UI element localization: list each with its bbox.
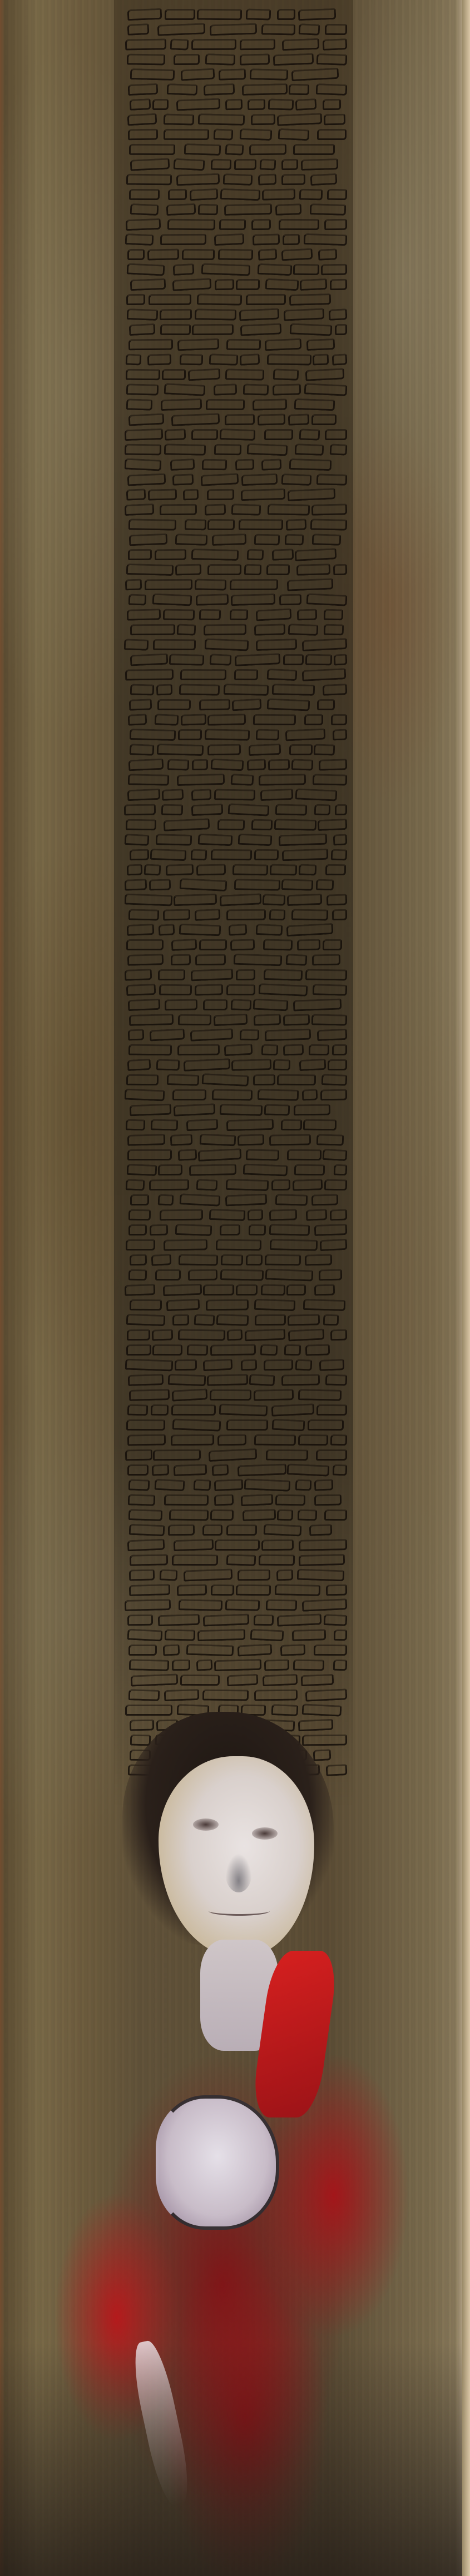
- script-word: [191, 39, 236, 50]
- script-word: [205, 53, 235, 66]
- script-line: [124, 1446, 345, 1461]
- script-word: [152, 1464, 170, 1476]
- script-word: [160, 309, 192, 320]
- script-word: [236, 1585, 271, 1596]
- script-word: [313, 984, 348, 996]
- script-word: [297, 1569, 345, 1582]
- script-word: [210, 23, 258, 36]
- script-word: [238, 519, 283, 531]
- script-line: [124, 741, 345, 755]
- script-word: [126, 1179, 145, 1190]
- script-word: [128, 1269, 147, 1281]
- script-word: [268, 504, 310, 516]
- script-word: [300, 158, 338, 171]
- script-word: [260, 789, 294, 801]
- script-word: [293, 998, 342, 1011]
- script-word: [211, 1585, 234, 1596]
- script-word: [242, 83, 288, 96]
- script-word: [286, 954, 308, 966]
- script-word: [214, 383, 237, 395]
- script-word: [311, 1194, 338, 1206]
- script-word: [236, 969, 255, 980]
- script-word: [127, 1628, 162, 1641]
- script-word: [125, 1088, 165, 1101]
- script-word: [127, 1404, 148, 1416]
- script-word: [164, 129, 209, 140]
- script-word: [207, 489, 235, 500]
- script-word: [124, 879, 147, 890]
- script-word: [199, 609, 221, 621]
- script-word: [333, 564, 348, 576]
- script-word: [147, 353, 171, 365]
- script-word: [194, 1479, 211, 1491]
- script-word: [125, 579, 141, 591]
- script-line: [124, 711, 345, 725]
- script-word: [167, 83, 198, 96]
- script-word: [128, 413, 165, 426]
- script-word: [150, 849, 186, 861]
- script-word: [249, 144, 286, 156]
- script-word: [247, 99, 265, 110]
- script-word: [303, 1119, 337, 1131]
- script-word: [317, 129, 347, 140]
- script-word: [291, 759, 314, 770]
- script-word: [165, 428, 186, 441]
- script-word: [152, 1329, 173, 1341]
- script-word: [125, 444, 162, 455]
- script-word: [247, 443, 288, 456]
- script-word: [297, 609, 318, 621]
- script-word: [324, 1509, 347, 1521]
- script-word: [217, 248, 253, 260]
- script-line: [124, 486, 345, 500]
- script-word: [313, 354, 329, 366]
- script-word: [225, 99, 243, 111]
- script-word: [260, 1284, 285, 1296]
- script-word: [227, 803, 269, 816]
- script-word: [310, 173, 338, 186]
- script-line: [124, 1551, 345, 1566]
- script-word: [298, 8, 337, 21]
- script-word: [316, 1404, 347, 1416]
- script-word: [234, 669, 258, 680]
- script-word: [261, 1539, 294, 1551]
- script-word: [326, 1585, 347, 1596]
- figure-hands-object: [156, 2095, 279, 2230]
- script-word: [127, 1029, 144, 1040]
- script-word: [156, 684, 172, 696]
- script-word: [235, 459, 254, 470]
- script-word: [232, 864, 268, 875]
- script-word: [245, 1149, 279, 1160]
- script-word: [324, 1179, 347, 1191]
- script-word: [155, 1269, 181, 1280]
- script-word: [151, 1119, 178, 1130]
- painting-canvas: [0, 0, 470, 2576]
- script-word: [214, 233, 245, 246]
- script-word: [324, 609, 343, 621]
- script-word: [268, 759, 290, 771]
- script-word: [291, 68, 339, 81]
- script-word: [230, 579, 278, 590]
- script-word: [218, 68, 246, 80]
- script-word: [226, 909, 266, 920]
- script-word: [330, 1329, 347, 1341]
- script-word: [283, 1044, 304, 1055]
- script-line: [124, 1266, 345, 1280]
- script-line: [124, 1206, 345, 1220]
- script-word: [264, 1104, 290, 1115]
- script-word: [130, 729, 176, 741]
- script-word: [258, 248, 277, 261]
- script-word: [160, 1209, 203, 1221]
- script-word: [130, 1673, 178, 1686]
- script-word: [315, 879, 334, 891]
- script-word: [179, 1599, 222, 1611]
- script-word: [129, 1014, 174, 1026]
- script-word: [126, 218, 161, 231]
- script-word: [147, 248, 179, 260]
- script-word: [314, 1479, 333, 1491]
- script-word: [194, 984, 222, 995]
- script-word: [176, 1584, 206, 1596]
- script-line: [124, 81, 345, 95]
- script-word: [263, 894, 286, 906]
- script-word: [237, 1463, 286, 1476]
- script-word: [326, 894, 347, 905]
- script-word: [240, 323, 281, 336]
- script-word: [152, 1344, 182, 1356]
- script-word: [268, 98, 293, 110]
- script-word: [172, 1089, 206, 1100]
- script-word: [316, 474, 347, 485]
- script-word: [239, 308, 279, 321]
- nose: [225, 1853, 252, 1892]
- script-word: [231, 594, 276, 606]
- script-word: [128, 759, 164, 771]
- script-word: [220, 188, 260, 201]
- script-word: [306, 593, 347, 606]
- script-word: [214, 1014, 248, 1027]
- script-word: [287, 1463, 330, 1476]
- script-word: [126, 1239, 155, 1250]
- script-word: [296, 564, 330, 576]
- script-word: [275, 1194, 308, 1206]
- script-word: [171, 1404, 216, 1416]
- script-line: [124, 1326, 345, 1341]
- script-word: [128, 1044, 172, 1056]
- script-word: [241, 1359, 257, 1371]
- script-line: [124, 1191, 345, 1205]
- script-word: [183, 1568, 232, 1581]
- script-word: [214, 128, 234, 140]
- script-word: [130, 684, 154, 695]
- script-word: [145, 579, 192, 591]
- script-word: [309, 1524, 332, 1536]
- script-word: [165, 9, 195, 20]
- script-word: [216, 1314, 248, 1326]
- script-word: [200, 1134, 236, 1147]
- script-word: [171, 413, 220, 426]
- script-word: [294, 444, 324, 456]
- script-word: [209, 1448, 258, 1462]
- script-word: [162, 909, 190, 920]
- script-line: [124, 201, 345, 215]
- script-word: [161, 789, 184, 801]
- script-word: [127, 308, 158, 321]
- script-line: [124, 591, 345, 605]
- script-word: [283, 234, 300, 245]
- script-line: [124, 891, 345, 905]
- script-word: [226, 1554, 256, 1566]
- script-word: [319, 759, 348, 771]
- script-word: [277, 1613, 322, 1626]
- script-line: [124, 51, 345, 65]
- script-word: [214, 789, 255, 800]
- script-word: [179, 924, 221, 936]
- script-word: [169, 654, 204, 666]
- script-word: [162, 369, 186, 380]
- script-word: [279, 594, 301, 606]
- script-word: [168, 189, 187, 200]
- script-word: [271, 1179, 290, 1190]
- script-word: [325, 1374, 347, 1386]
- script-line: [124, 336, 345, 350]
- script-word: [265, 338, 302, 351]
- script-word: [251, 114, 275, 126]
- script-word: [125, 969, 152, 981]
- script-word: [302, 1089, 318, 1101]
- script-word: [190, 1028, 234, 1042]
- script-word: [203, 999, 227, 1010]
- script-word: [125, 669, 174, 680]
- script-word: [310, 519, 348, 530]
- script-line: [124, 36, 345, 50]
- script-word: [225, 143, 244, 156]
- script-word: [261, 459, 281, 470]
- script-word: [289, 84, 310, 96]
- script-line: [124, 1566, 345, 1581]
- script-word: [157, 1614, 199, 1626]
- script-word: [275, 804, 307, 815]
- right-eye: [252, 1827, 278, 1840]
- script-word: [129, 189, 160, 200]
- script-word: [172, 474, 194, 485]
- script-word: [236, 1284, 258, 1296]
- script-word: [276, 1569, 293, 1581]
- script-word: [238, 1643, 273, 1656]
- script-word: [127, 1059, 151, 1071]
- script-line: [124, 501, 345, 515]
- script-word: [217, 819, 244, 831]
- script-word: [189, 1164, 236, 1176]
- script-line: [124, 981, 345, 995]
- script-word: [127, 1615, 153, 1626]
- script-word: [320, 1089, 347, 1101]
- script-word: [199, 699, 230, 711]
- script-word: [167, 219, 215, 231]
- script-word: [246, 549, 264, 560]
- script-word: [257, 263, 292, 276]
- script-word: [258, 173, 277, 185]
- script-line: [124, 1476, 345, 1491]
- script-word: [124, 804, 156, 816]
- script-word: [284, 1344, 301, 1356]
- script-line: [124, 1281, 345, 1296]
- script-word: [126, 864, 142, 876]
- script-word: [324, 1614, 348, 1626]
- script-word: [299, 864, 316, 875]
- script-line: [124, 561, 345, 575]
- script-word: [330, 1434, 347, 1446]
- script-word: [126, 1119, 146, 1130]
- script-line: [124, 396, 345, 410]
- script-word: [238, 1569, 270, 1581]
- script-word: [318, 248, 338, 260]
- script-word: [254, 624, 285, 636]
- script-word: [254, 1389, 294, 1401]
- script-word: [283, 308, 324, 321]
- script-word: [203, 1284, 235, 1296]
- script-word: [226, 1524, 257, 1536]
- script-word: [204, 624, 247, 636]
- script-word: [231, 1059, 271, 1071]
- script-word: [291, 909, 328, 920]
- script-word: [196, 1659, 212, 1671]
- script-word: [212, 534, 247, 546]
- script-word: [196, 594, 229, 606]
- script-word: [335, 804, 347, 815]
- script-word: [128, 1584, 170, 1596]
- script-word: [265, 1029, 311, 1042]
- script-word: [234, 159, 256, 170]
- script-word: [269, 1224, 310, 1236]
- script-word: [323, 1314, 339, 1326]
- script-word: [130, 1299, 162, 1311]
- script-word: [177, 1044, 220, 1056]
- script-word: [162, 609, 194, 621]
- script-word: [294, 1164, 325, 1176]
- script-word: [272, 684, 315, 696]
- script-word: [144, 864, 161, 875]
- script-line: [124, 876, 345, 890]
- script-word: [266, 1449, 308, 1461]
- script-word: [293, 1660, 324, 1671]
- script-word: [126, 369, 160, 381]
- script-word: [249, 744, 281, 756]
- script-word: [314, 1224, 347, 1236]
- script-word: [129, 98, 151, 111]
- script-line: [124, 966, 345, 980]
- script-word: [149, 879, 171, 891]
- script-word: [259, 1554, 295, 1566]
- script-word: [157, 23, 205, 36]
- script-word: [325, 24, 347, 35]
- script-line: [124, 156, 345, 170]
- script-word: [126, 819, 157, 831]
- script-word: [220, 1269, 264, 1281]
- script-word: [243, 1163, 288, 1176]
- script-word: [171, 1434, 214, 1446]
- script-word: [220, 1104, 263, 1116]
- script-line: [124, 306, 345, 320]
- script-word: [157, 699, 191, 710]
- script-word: [187, 368, 220, 381]
- script-word: [323, 1149, 348, 1161]
- script-line: [124, 1491, 345, 1506]
- script-line: [124, 6, 345, 20]
- script-word: [249, 1374, 275, 1386]
- script-word: [302, 668, 347, 681]
- script-word: [246, 294, 286, 305]
- script-word: [127, 23, 149, 36]
- script-word: [316, 53, 347, 66]
- script-line: [124, 1161, 345, 1175]
- script-word: [125, 1599, 171, 1611]
- script-word: [225, 1599, 260, 1611]
- script-word: [281, 174, 305, 185]
- script-word: [256, 639, 298, 651]
- script-line: [124, 186, 345, 200]
- script-word: [327, 189, 347, 200]
- script-word: [251, 819, 273, 831]
- script-word: [230, 999, 251, 1010]
- script-word: [279, 219, 319, 230]
- script-word: [160, 504, 197, 515]
- script-word: [253, 714, 295, 725]
- script-line: [124, 426, 345, 440]
- script-word: [264, 1523, 302, 1536]
- script-word: [152, 593, 192, 606]
- script-word: [191, 804, 224, 816]
- script-word: [255, 608, 291, 621]
- script-word: [254, 1014, 281, 1026]
- script-word: [283, 1014, 310, 1025]
- script-word: [294, 398, 335, 411]
- script-word: [244, 1478, 291, 1492]
- script-word: [161, 804, 184, 816]
- script-line: [124, 546, 345, 560]
- script-word: [333, 1464, 348, 1476]
- script-word: [196, 864, 226, 875]
- script-word: [269, 1209, 298, 1220]
- script-word: [320, 264, 347, 276]
- script-word: [173, 1103, 215, 1117]
- script-line: [124, 726, 345, 740]
- script-word: [263, 969, 303, 981]
- script-word: [214, 279, 234, 291]
- script-word: [314, 1284, 335, 1296]
- script-line: [124, 171, 345, 185]
- script-word: [126, 383, 159, 396]
- script-word: [272, 549, 294, 561]
- script-word: [234, 879, 280, 891]
- script-word: [127, 8, 161, 21]
- script-word: [314, 1645, 347, 1656]
- script-word: [125, 353, 141, 365]
- script-word: [294, 1104, 331, 1116]
- script-word: [153, 639, 196, 651]
- script-line: [124, 216, 345, 230]
- script-word: [211, 1089, 253, 1100]
- script-word: [259, 983, 308, 996]
- script-word: [176, 173, 219, 186]
- script-word: [128, 999, 160, 1011]
- script-word: [191, 849, 207, 860]
- script-word: [266, 1600, 297, 1611]
- script-word: [126, 1164, 156, 1176]
- script-word: [214, 444, 242, 456]
